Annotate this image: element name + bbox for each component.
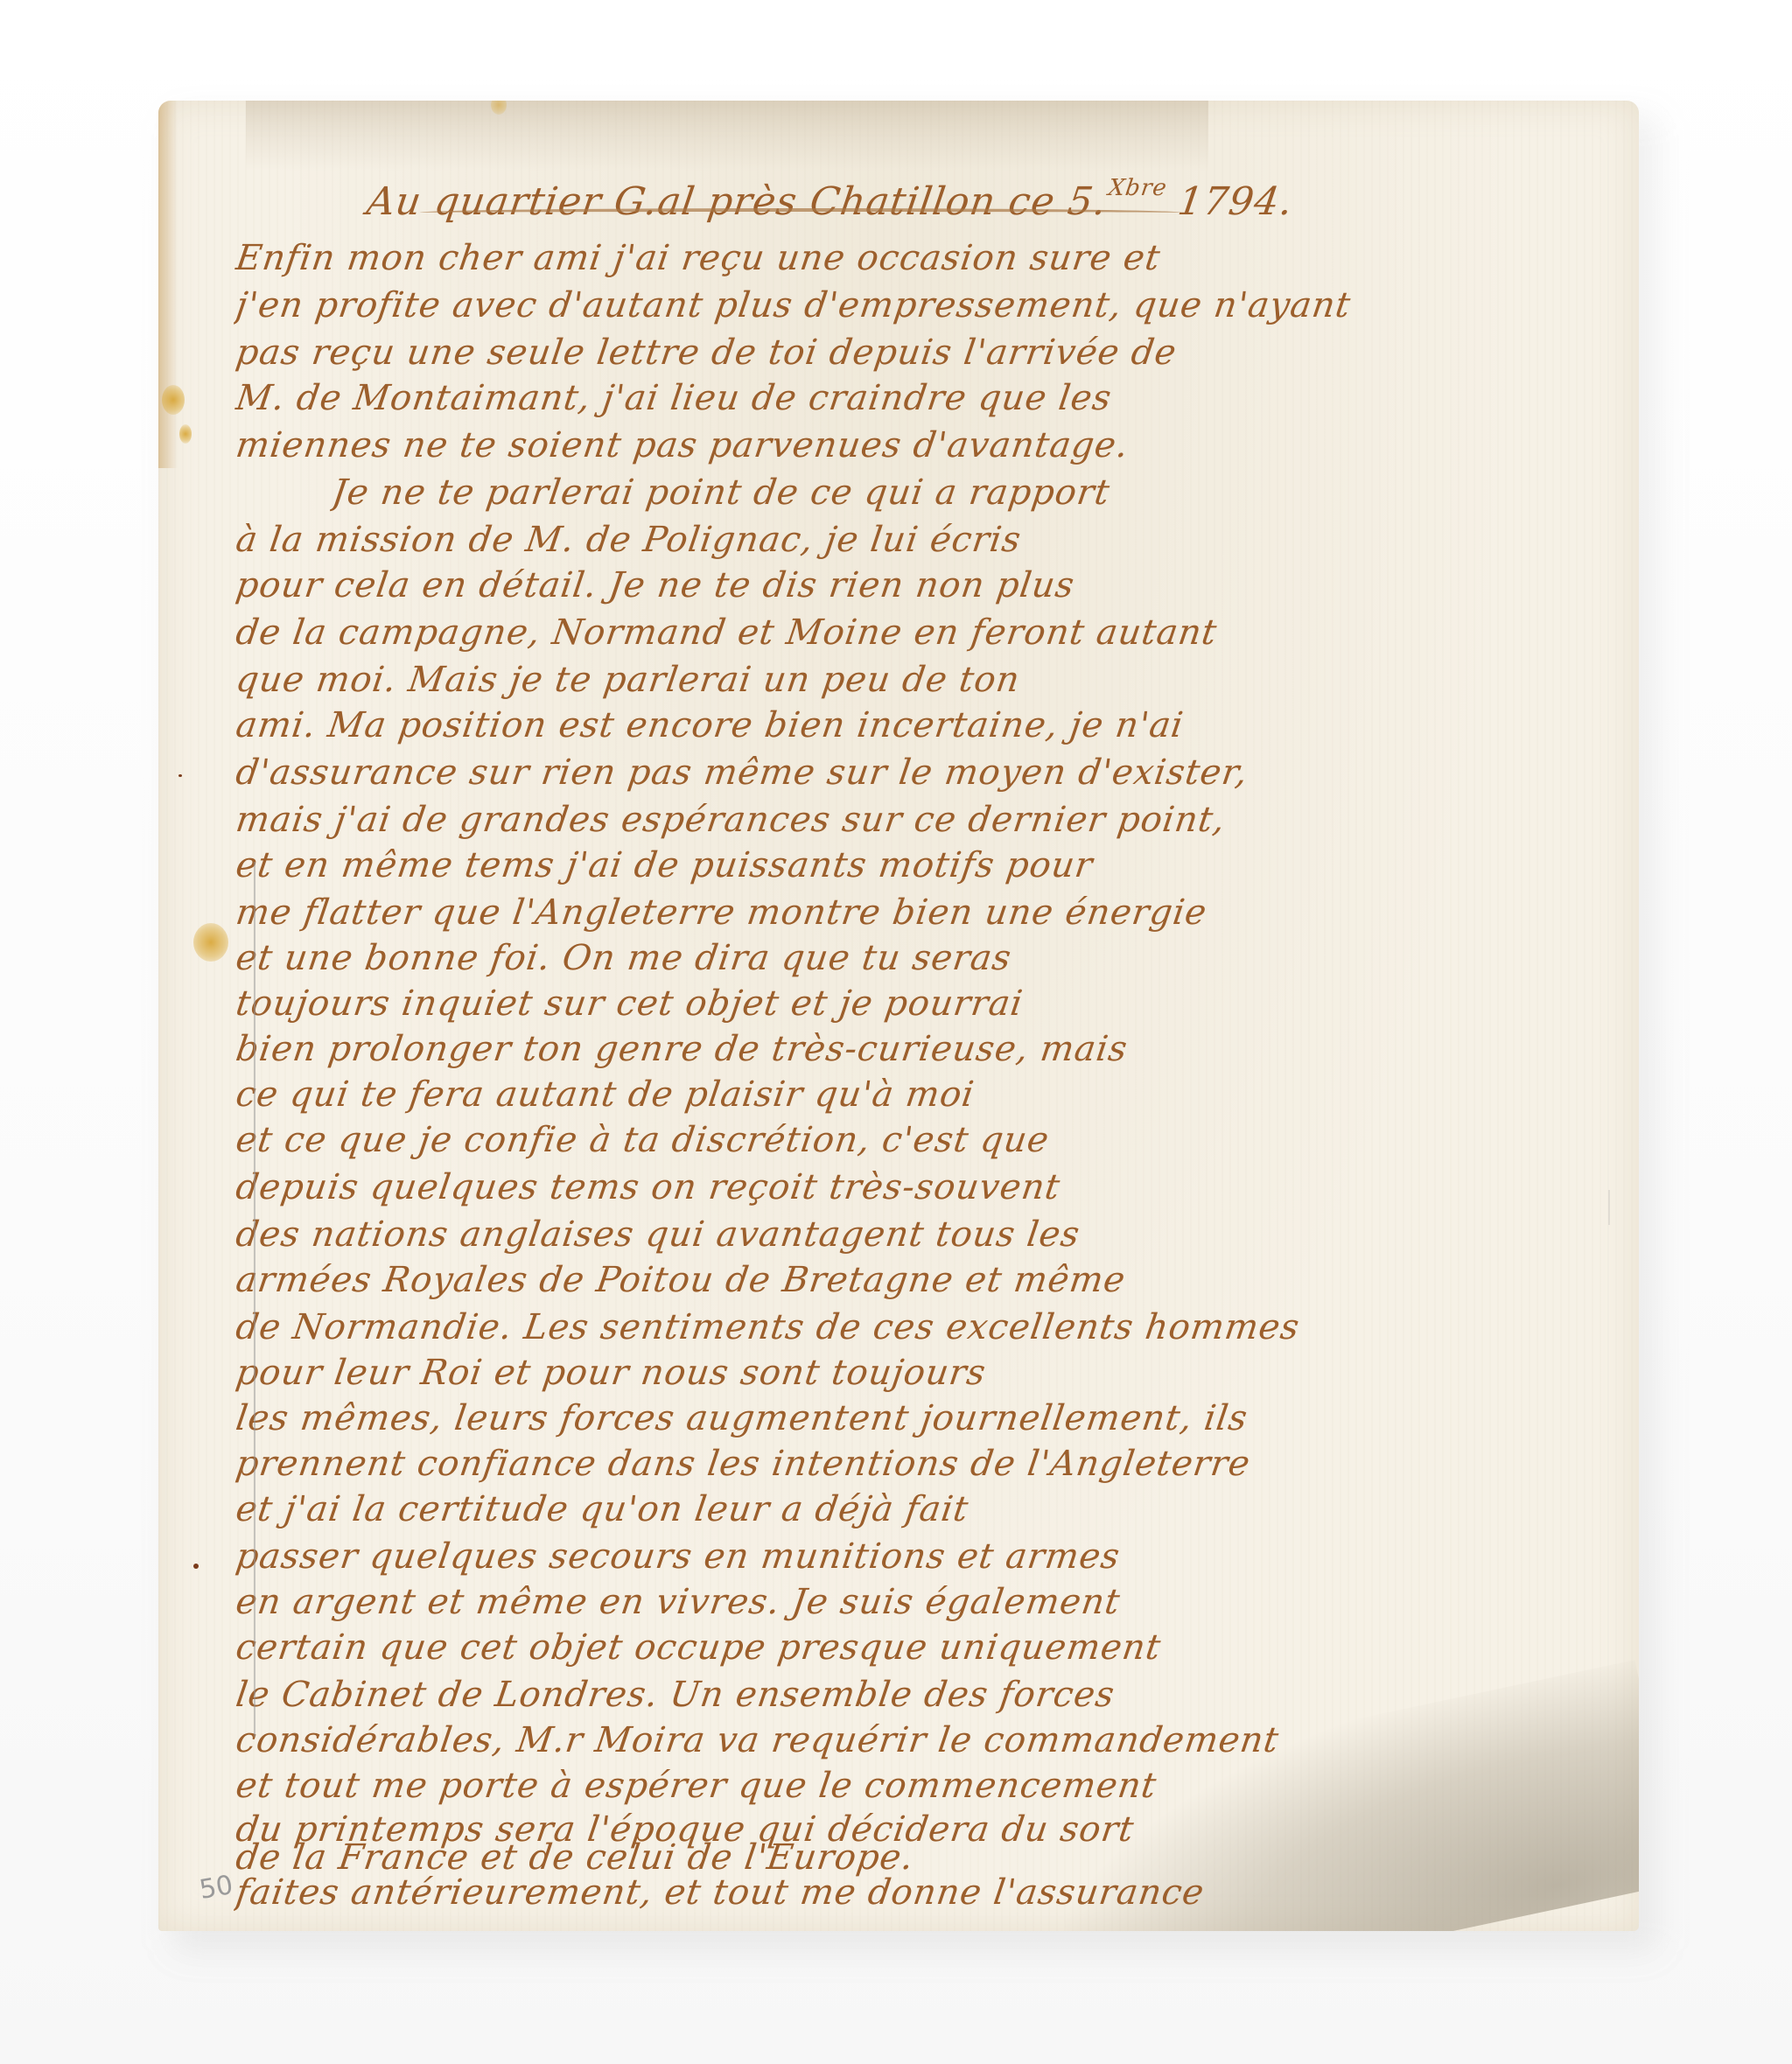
- header-year: 1794.: [1175, 179, 1296, 224]
- letter-line: ami. Ma position est encore bien incerta…: [234, 705, 1630, 745]
- foxing-spot: [179, 424, 192, 444]
- letter-line: et ce que je confie à ta discrétion, c'e…: [234, 1120, 1630, 1160]
- ink-speck: [193, 1564, 199, 1569]
- foxing-spot: [162, 385, 185, 415]
- letter-line: mais j'ai de grandes espérances sur ce d…: [234, 800, 1630, 840]
- ink-speck: [178, 774, 182, 777]
- letter-line: en argent et même en vivres. Je suis éga…: [234, 1582, 1630, 1622]
- letter-line: faites antérieurement, et tout me donne …: [234, 1872, 1630, 1913]
- letter-line: me flatter que l'Angleterre montre bien …: [234, 892, 1630, 933]
- letter-line: certain que cet objet occupe presque uni…: [234, 1627, 1630, 1668]
- letter-line: le Cabinet de Londres. Un ensemble des f…: [234, 1675, 1630, 1715]
- letter-line: et j'ai la certitude qu'on leur a déjà f…: [234, 1489, 1630, 1529]
- header-date-prefix: ce 5.: [1005, 179, 1109, 224]
- letter-line: Enfin mon cher ami j'ai reçu une occasio…: [234, 238, 1630, 278]
- letter-line: pour cela en détail. Je ne te dis rien n…: [234, 565, 1630, 605]
- letter-line: de Normandie. Les sentiments de ces exce…: [234, 1307, 1630, 1347]
- letter-line: M. de Montaimant, j'ai lieu de craindre …: [234, 378, 1630, 418]
- pencil-page-number: 50: [197, 1870, 235, 1906]
- letter-line: ce qui te fera autant de plaisir qu'à mo…: [234, 1074, 1630, 1115]
- letter-line: pas reçu une seule lettre de toi depuis …: [234, 332, 1630, 373]
- pencil-margin-rule: [254, 862, 255, 1737]
- header-place: Au quartier G.al près Chatillon: [364, 179, 998, 224]
- foxing-spot: [193, 923, 228, 962]
- letter-line: Je ne te parlerai point de ce qui a rapp…: [330, 472, 1726, 513]
- letter-line: et en même tems j'ai de puissants motifs…: [234, 845, 1630, 885]
- letter-line: j'en profite avec d'autant plus d'empres…: [234, 285, 1630, 325]
- header-month: Xbre: [1107, 175, 1169, 201]
- letter-line: depuis quelques tems on reçoit très-souv…: [234, 1167, 1630, 1207]
- letter-line: prennent confiance dans les intentions d…: [234, 1444, 1630, 1484]
- letter-line: que moi. Mais je te parlerai un peu de t…: [234, 660, 1630, 700]
- letter-line: pour leur Roi et pour nous sont toujours: [234, 1353, 1630, 1393]
- letter-line: de la campagne, Normand et Moine en fero…: [234, 612, 1630, 653]
- letter-line: à la mission de M. de Polignac, je lui é…: [234, 520, 1630, 560]
- letter-line: bien prolonger ton genre de très-curieus…: [234, 1029, 1630, 1069]
- top-edge-discoloration: [246, 101, 1208, 171]
- letter-line: armées Royales de Poitou de Bretagne et …: [234, 1260, 1630, 1300]
- letter-line: miennes ne te soient pas parvenues d'ava…: [234, 425, 1630, 465]
- letter-line: considérables, M.r Moira va requérir le …: [234, 1720, 1630, 1760]
- letter-line: des nations anglaises qui avantagent tou…: [234, 1214, 1630, 1255]
- letter-line: et une bonne foi. On me dira que tu sera…: [234, 938, 1630, 978]
- letter-line: d'assurance sur rien pas même sur le moy…: [234, 752, 1630, 793]
- letter-line: passer quelques secours en munitions et …: [234, 1536, 1630, 1577]
- pencil-margin-rule: [1608, 1190, 1610, 1225]
- letter-line: toujours inquiet sur cet objet et je pou…: [234, 983, 1630, 1024]
- letter-line: et tout me porte à espérer que le commen…: [234, 1766, 1630, 1806]
- header-flourish-rule: [420, 208, 1181, 217]
- letter-line: les mêmes, leurs forces augmentent journ…: [234, 1398, 1630, 1438]
